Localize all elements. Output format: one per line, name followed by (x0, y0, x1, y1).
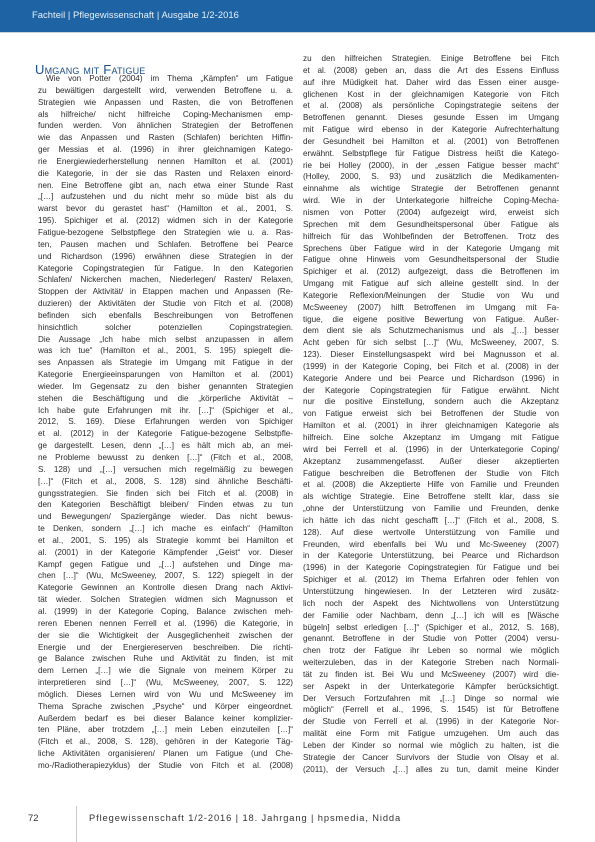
text-line: gungsstrategien. Sie finden sich bei Fit… (38, 488, 293, 500)
text-line: Unterstützung hingewiesen. In der Letzte… (303, 586, 559, 598)
text-line: Betroffenen genannt. Dieses gesunde Esse… (303, 112, 559, 124)
text-line: genannt. Betroffene in der Studie von Po… (303, 633, 559, 645)
text-line: die Kategorie, in der sie das Rasten und… (38, 168, 293, 180)
text-line: al. (2001) in der Kategorie Kämpfender „… (38, 547, 293, 559)
text-line: Fatigue ohne Hinweis vom Gesundheitspers… (303, 254, 559, 266)
text-line: Kategorie Copingstrategien für Fatigue. … (38, 263, 293, 275)
text-line: ten, Pausen machen und Schlafen. Betroff… (38, 239, 293, 251)
page-number: 72 (28, 813, 39, 824)
text-line: befinden sich ebenfalls Beschreibungen v… (38, 310, 293, 322)
text-line: (2011), der Versuch „[…] alles zu tun, d… (303, 764, 559, 776)
text-line: S. 128) und „[…] versuchen mich regelmäß… (38, 464, 293, 476)
text-line: zu bewältigen dargestellt wird, verwende… (38, 85, 293, 97)
text-line: Umgang mit Fatigue auf sich alleine gest… (303, 278, 559, 290)
text-line: (1999) in der Kategorie Coping, bei Fitc… (303, 361, 559, 373)
right-text-column: zu den hilfreichen Strategien. Einige Be… (303, 53, 559, 775)
text-line: malität eine Form mit Fatigue umzugehen.… (303, 728, 559, 740)
text-line: Stoppen der Aktivität/ in Etappen machen… (38, 286, 293, 298)
text-line: tigue, die eigene positive Bewertung von… (303, 314, 559, 326)
text-line: nur die positive Einstellung, sondern au… (303, 396, 559, 408)
text-line: Spichiger et al. (2012) im Thema Erfahre… (303, 574, 559, 586)
text-line: in der Kategorie Unterstützung, bei Pear… (303, 550, 559, 562)
text-line: Energie und der Energiereserven beschrei… (38, 642, 293, 654)
text-line: funden werden. Von ähnlichen Strategien … (38, 120, 293, 132)
text-line: Der Versuch Fortzufahren mit „[…] Dinge … (303, 693, 559, 705)
text-line: et al. (2008) geben an, dass die Art des… (303, 65, 559, 77)
text-line: der sie die Wichtigkeit der Ausgeglichen… (38, 630, 293, 642)
text-line: der Gesundheit bei Hamilton et al. (2001… (303, 136, 559, 148)
text-line: weiterzuleben, das in der Kategorie Stre… (303, 657, 559, 669)
text-line: rie Energiewiederherstellung nennen Hami… (38, 156, 293, 168)
text-line: Kategorie Reflexion/Meinungen der Studie… (303, 290, 559, 302)
text-line: Fatigue-bezogene Selbstpflege den Strate… (38, 227, 293, 239)
text-line: Sprechen mit dem Gesundheitspersonal übe… (303, 219, 559, 231)
left-text-column: Wie von Potter (2004) im Thema „Kämpfen“… (38, 73, 293, 772)
text-line: was ich tue“ (Hamilton et al., 2001, S. … (38, 345, 293, 357)
text-line: al. (1999) in der Kategorie Coping, Bala… (38, 606, 293, 618)
text-line: nen. Eine Betroffene gibt an, nach etwa … (38, 180, 293, 192)
text-line: Hamilton et al. (2001) in ihrer gleichna… (303, 420, 559, 432)
text-line: auf ihre Müdigkeit hat. Daher wird das E… (303, 77, 559, 89)
text-line: 2012, S. 169). Diese Erfahrungen werden … (38, 416, 293, 428)
text-line: den Kategorien Beschäftigt bleiben/ Find… (38, 499, 293, 511)
text-line: mo-/Radiotherapiezyklus) der Studie von … (38, 760, 293, 772)
text-line: wird. Wie in der Unterkategorie hilfreic… (303, 195, 559, 207)
text-line: möglich“ (Ferrell et al., 1996, S. 1545)… (303, 704, 559, 716)
text-line: hilfreich. Eine solche Akzeptanz im Umga… (303, 432, 559, 444)
text-line: ses Anpassen als Strategie im Umgang mit… (38, 357, 293, 369)
text-line: glichenen Kost in der gleichnamigen Kate… (303, 89, 559, 101)
text-line: ge Balance zwischen Ruhe und Aktivität z… (38, 653, 293, 665)
text-line: mit Fatigue wird ebenso in der Kategorie… (303, 124, 559, 136)
text-line: lich noch der Aspekt des Nichtwollens vo… (303, 598, 559, 610)
text-line: Schlafen/ Nickerchen machen, Niederlegen… (38, 274, 293, 286)
text-line: der Kategorie Copingstrategien für Fatig… (303, 385, 559, 397)
text-line: Strategien wie Anpassen und Rasten, die … (38, 97, 293, 109)
text-line: wird bei Ferrell et al. (1996) in der Un… (303, 444, 559, 456)
text-line: wie das Anpassen und Rasten (Schlafen) b… (38, 132, 293, 144)
text-line: „ohne der Unterstützung von Familie und … (303, 503, 559, 515)
text-line: dem Lernen „[…] wie die Signale von mein… (38, 665, 293, 677)
footer-divider (76, 806, 77, 842)
text-line: als hilfreiche/ nicht hilfreiche Coping-… (38, 109, 293, 121)
text-line: te Denken, sondern „[…] ich mache es ein… (38, 523, 293, 535)
text-line: ich hätte ich das nicht geschafft […]“ (… (303, 515, 559, 527)
text-line: interpretieren sind […]“ (Wu, McSweeney,… (38, 677, 293, 689)
text-line: 195). Spichiger et al. (2012) widmen sic… (38, 215, 293, 227)
text-line: (1996) in der Kategorie Copingstrategien… (303, 562, 559, 574)
text-line: 123). Dieser Einstellungsaspekt wird bei… (303, 349, 559, 361)
text-line: der Studie von Ferrell et al. (1996) in … (303, 716, 559, 728)
text-line: ger Messias et al. (1996) in ihrer gleic… (38, 144, 293, 156)
text-line: duzieren) der Aktivitäten der Studie von… (38, 298, 293, 310)
text-line: Wie von Potter (2004) im Thema „Kämpfen“… (38, 73, 293, 85)
text-line: möglich. Dieses Lernen wird von Wu und M… (38, 689, 293, 701)
text-line: Kampf gegen Fatigue und „[…] aufstehen u… (38, 559, 293, 571)
running-header-title: Fachteil | Pflegewissenschaft | Ausgabe … (32, 9, 239, 20)
text-line: dem dient sie als Schutzmechanismus und … (303, 325, 559, 337)
text-line: Strategie der Cancer Survivors der Studi… (303, 752, 559, 764)
text-line: et al. (2008) die Akzeptierte Hilfe von … (303, 479, 559, 491)
text-line: Freunden, wird ebenfalls bei Wu und Mc-S… (303, 539, 559, 551)
text-line: von Fatigue erweist sich bei Betroffenen… (303, 408, 559, 420)
text-line: (Holley, 2000, S. 93) und zusätzlich die… (303, 171, 559, 183)
text-line: et al., 2001, S. 195) als Strategie komm… (38, 535, 293, 547)
text-line: Kategorie Andere und bei Pearce und Rich… (303, 373, 559, 385)
text-line: chen […]“ (Wu, McSweeney, 2007, S. 122) … (38, 570, 293, 582)
text-line: chen trotz der Fatigue ihr Leben so norm… (303, 645, 559, 657)
text-line: ser Aspekt in der Unterkategorie Kämpfer… (303, 681, 559, 693)
text-line: ge dargestellt. Lesen, denn „[…] es hält… (38, 440, 293, 452)
text-line: ne Probleme bewusst zu denken […]“ (Fitc… (38, 452, 293, 464)
text-line: liche Aktivitäten organisieren/ Planen u… (38, 748, 293, 760)
text-line: tät zu finden ist. Bei Wu und McSweeney … (303, 669, 559, 681)
running-header-bar: Fachteil | Pflegewissenschaft | Ausgabe … (0, 0, 595, 33)
text-line: nismen von Potter (2004) aufgezeigt wird… (303, 207, 559, 219)
text-line: Leben der Kinder so normal wie möglich z… (303, 740, 559, 752)
text-line: reren Ebenen nennen Ferrell et al. (1996… (38, 618, 293, 630)
text-line: stehen die Beschäftigung und die „körper… (38, 393, 293, 405)
text-line: Kategorie Energieeinsparungen von Hamilt… (38, 369, 293, 381)
text-line: zu den hilfreichen Strategien. Einige Be… (303, 53, 559, 65)
text-line: Fatigue beschreiben die Betroffenen der … (303, 468, 559, 480)
text-line: Ich habe gute Erfahrungen mit ihr. […]“ … (38, 405, 293, 417)
text-line: warst bevor du gerastet hast“ (Hamilton … (38, 203, 293, 215)
text-line: Sprechens über Fatigue wird in der Kateg… (303, 243, 559, 255)
text-line: Thema Sprache zwischen „Psyche“ und Körp… (38, 701, 293, 713)
text-line: 128). Auf diese wertvolle Unterstützung … (303, 527, 559, 539)
text-line: Acht geben für sich selbst […]“ (Wu, McS… (303, 337, 559, 349)
text-line: wieder. Im Gegensatz zu den bisher genan… (38, 381, 293, 393)
text-line: ten Pläne, aber trotzdem „[…] mein Leben… (38, 724, 293, 736)
text-line: Die Aussage „Ich habe mich selbst anzupa… (38, 334, 293, 346)
text-line: Spichiger et al. (2012) aufgezeigt, dass… (303, 266, 559, 278)
footer-journal-info: Pflegewissenschaft 1/2-2016 | 18. Jahrga… (89, 813, 401, 823)
text-line: McSweeney (2007) hilft Betroffenen im Um… (303, 302, 559, 314)
text-line: hilfreich für das Wohlbefinden der Betro… (303, 231, 559, 243)
text-line: Kategorie Gewinnen an Kontrolle diesen D… (38, 582, 293, 594)
text-line: et al. (2008) als persönliche Copingstra… (303, 100, 559, 112)
text-line: der Familie oder Nachbarn, denn „[…] ich… (303, 610, 559, 622)
text-line: hinsichtlich solcher potenziellen Coping… (38, 322, 293, 334)
text-line: und Richardson (1996) erwähnen diese Str… (38, 251, 293, 263)
text-line: (Fitch et al., 2008, S. 128), gehören in… (38, 736, 293, 748)
text-line: […]“ (Fitch et al., 2008, S. 128) sind ä… (38, 476, 293, 488)
text-line: „[…] aufzustehen und du nicht mehr so mü… (38, 191, 293, 203)
text-line: Akzeptanz zusammengefasst. Außer dieser … (303, 456, 559, 468)
text-line: einnahme als wichtige Strategie der Betr… (303, 183, 559, 195)
text-line: erwähnt. Selbstpflege für Fatigue Distre… (303, 148, 559, 160)
text-line: tät wieder. Solchen Strategien widmen si… (38, 594, 293, 606)
text-line: und Bewegungen/ Spaziergänge wieder. Das… (38, 511, 293, 523)
text-line: als wichtige Strategie. Eine Betroffene … (303, 491, 559, 503)
text-line: Außerdem bedarf es bei dieser Balance ke… (38, 713, 293, 725)
text-line: rie bei Holley (2000), in der „essen Fat… (303, 160, 559, 172)
text-line: et al. (2012) in der Kategorie Fatigue-b… (38, 428, 293, 440)
text-line: bügeln] selbst erledigen […]“ (Spichiger… (303, 622, 559, 634)
